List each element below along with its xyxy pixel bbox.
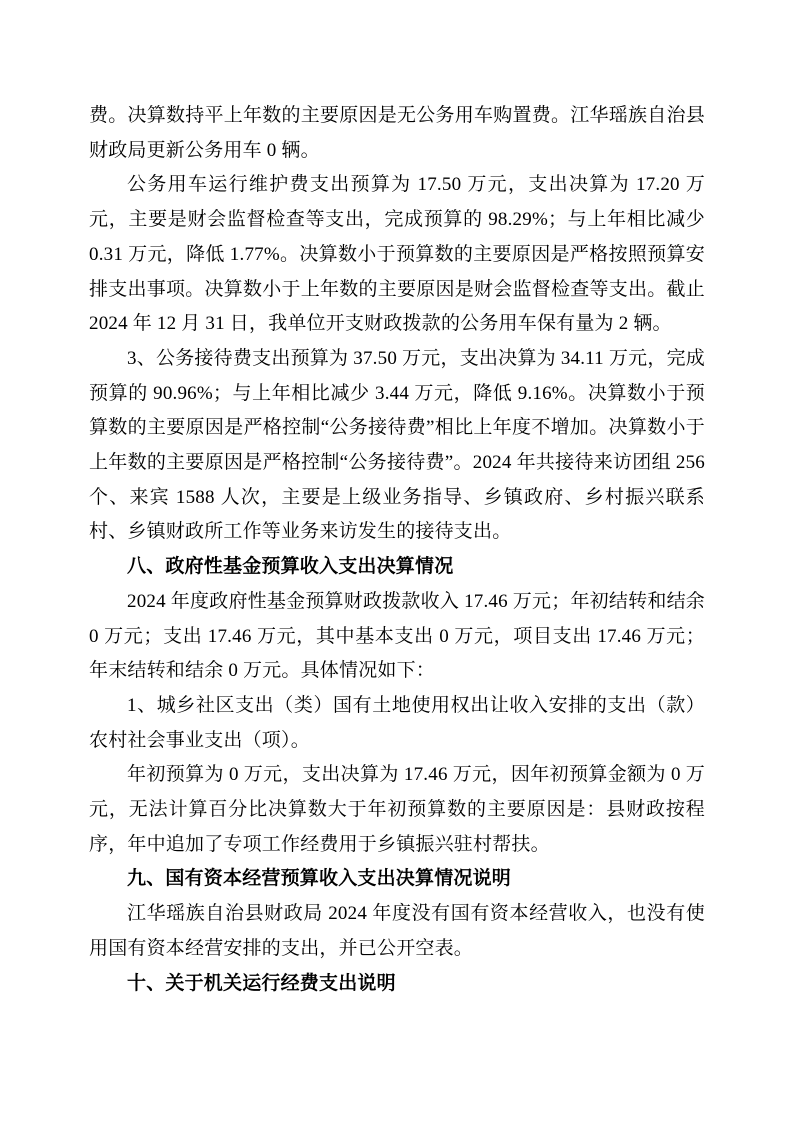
para-vehicle-operation-maintenance: 公务用车运行维护费支出预算为 17.50 万元，支出决算为 17.20 万元，主… [89,168,705,342]
para-official-reception-expense: 3、公务接待费支出预算为 37.50 万元，支出决算为 34.11 万元，完成预… [89,342,705,550]
para-gov-fund-variance-explanation: 年初预算为 0 万元，支出决算为 17.46 万元，因年初预算金额为 0 万元，… [89,758,705,862]
document-page: 费。决算数持平上年数的主要原因是无公务用车购置费。江华瑶族自治县财政局更新公务用… [0,0,793,1122]
document-text-block: 费。决算数持平上年数的主要原因是无公务用车购置费。江华瑶族自治县财政局更新公务用… [89,99,705,1001]
para-gov-fund-budget-summary: 2024 年度政府性基金预算财政拨款收入 17.46 万元；年初结转和结余 0 … [89,585,705,689]
heading-section-10-agency-operating-expense: 十、关于机关运行经费支出说明 [89,967,705,1002]
para-gov-fund-expense-item: 1、城乡社区支出（类）国有土地使用权出让收入安排的支出（款）农村社会事业支出（项… [89,689,705,758]
heading-section-8-gov-fund-budget: 八、政府性基金预算收入支出决算情况 [89,550,705,585]
para-vehicle-purchase-continued: 费。决算数持平上年数的主要原因是无公务用车购置费。江华瑶族自治县财政局更新公务用… [89,99,705,168]
para-state-capital-statement: 江华瑶族自治县财政局 2024 年度没有国有资本经营收入，也没有使用国有资本经营… [89,897,705,966]
heading-section-9-state-capital: 九、国有资本经营预算收入支出决算情况说明 [89,862,705,897]
